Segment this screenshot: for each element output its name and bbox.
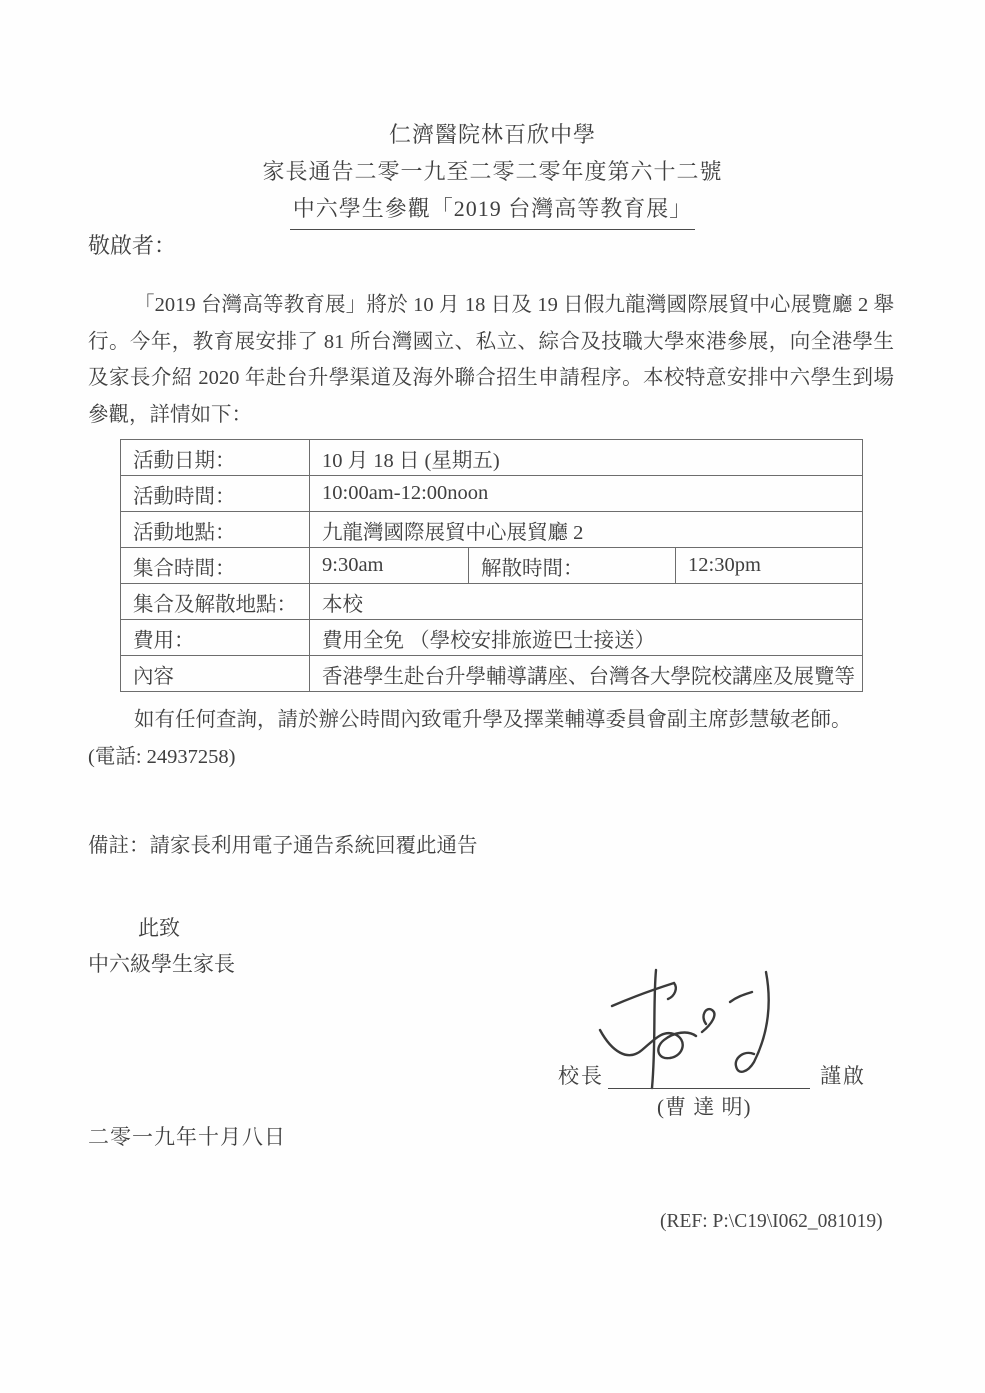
cell-value: 本校 — [310, 584, 863, 620]
closing-salute: 此致 — [138, 912, 180, 942]
cell-label: 集合時間： — [121, 548, 310, 584]
salutation: 敬啟者： — [88, 229, 176, 260]
cell-label: 活動地點： — [121, 512, 310, 548]
cell-value: 10:00am-12:00noon — [310, 476, 863, 512]
body-line: 參觀，詳情如下： — [88, 397, 894, 434]
cell-value: 10 月 18 日 (星期五) — [310, 440, 863, 476]
table-row: 活動地點： 九龍灣國際展貿中心展貿廳 2 — [121, 512, 863, 548]
phone-note: (電話: 24937258) — [88, 739, 896, 776]
principal-role-label: 校長 — [558, 1060, 604, 1090]
event-details-table: 活動日期： 10 月 18 日 (星期五) 活動時間： 10:00am-12:0… — [120, 439, 863, 692]
principal-signature — [590, 968, 800, 1093]
scanned-notice-page: 仁濟醫院林百欣中學 家長通告二零一九至二零二零年度第六十二號 中六學生參觀「20… — [0, 0, 985, 1393]
table-row: 費用： 費用全免 （學校安排旅遊巴士接送） — [121, 620, 863, 656]
cell-label: 活動日期： — [121, 440, 310, 476]
principal-name: (曹 達 明) — [657, 1091, 752, 1121]
cell-value: 9:30am — [310, 548, 469, 584]
table-row: 內容 香港學生赴台升學輔導講座、台灣各大學院校講座及展覽等 — [121, 656, 863, 692]
notice-header: 仁濟醫院林百欣中學 家長通告二零一九至二零二零年度第六十二號 中六學生參觀「20… — [0, 116, 985, 230]
cell-label: 內容 — [121, 656, 310, 692]
body-line: 「2019 台灣高等教育展」將於 10 月 18 日及 19 日假九龍灣國際展貿… — [88, 287, 894, 324]
cell-value: 香港學生赴台升學輔導講座、台灣各大學院校講座及展覽等 — [310, 656, 863, 692]
table-row: 集合及解散地點： 本校 — [121, 584, 863, 620]
cell-label: 解散時間： — [469, 548, 676, 584]
school-name: 仁濟醫院林百欣中學 — [0, 116, 985, 153]
remark: 備註：請家長利用電子通告系統回覆此通告 — [88, 828, 478, 858]
table-row: 活動時間： 10:00am-12:00noon — [121, 476, 863, 512]
ref-number: (REF: P:\C19\I062_081019) — [660, 1211, 883, 1233]
issue-date: 二零一九年十月八日 — [88, 1121, 286, 1151]
notice-title-text: 中六學生參觀「2019 台灣高等教育展」 — [290, 190, 696, 230]
cell-label: 費用： — [121, 620, 310, 656]
cell-value: 12:30pm — [676, 548, 863, 584]
body-line: 及家長介紹 2020 年赴台升學渠道及海外聯合招生申請程序。本校特意安排中六學生… — [88, 360, 894, 397]
respectfully-label: 謹啟 — [820, 1060, 866, 1090]
table-row: 集合時間： 9:30am 解散時間： 12:30pm — [121, 548, 863, 584]
notice-number: 家長通告二零一九至二零二零年度第六十二號 — [0, 153, 985, 190]
event-details-table-wrap: 活動日期： 10 月 18 日 (星期五) 活動時間： 10:00am-12:0… — [120, 439, 863, 692]
table-row: 活動日期： 10 月 18 日 (星期五) — [121, 440, 863, 476]
signature-line — [608, 1088, 810, 1089]
notice-title: 中六學生參觀「2019 台灣高等教育展」 — [0, 190, 985, 230]
cell-value: 九龍灣國際展貿中心展貿廳 2 — [310, 512, 863, 548]
cell-label: 活動時間： — [121, 476, 310, 512]
closing-recipient: 中六級學生家長 — [88, 948, 235, 978]
body-line: 行。今年，教育展安排了 81 所台灣國立、私立、綜合及技職大學來港參展，向全港學… — [88, 324, 894, 361]
contact-line: 如有任何查詢，請於辦公時間內致電升學及擇業輔導委員會副主席彭慧敏老師。 — [88, 702, 896, 739]
contact-note: 如有任何查詢，請於辦公時間內致電升學及擇業輔導委員會副主席彭慧敏老師。 (電話:… — [88, 702, 896, 776]
body-paragraph: 「2019 台灣高等教育展」將於 10 月 18 日及 19 日假九龍灣國際展貿… — [88, 287, 894, 433]
cell-label: 集合及解散地點： — [121, 584, 310, 620]
cell-value: 費用全免 （學校安排旅遊巴士接送） — [310, 620, 863, 656]
